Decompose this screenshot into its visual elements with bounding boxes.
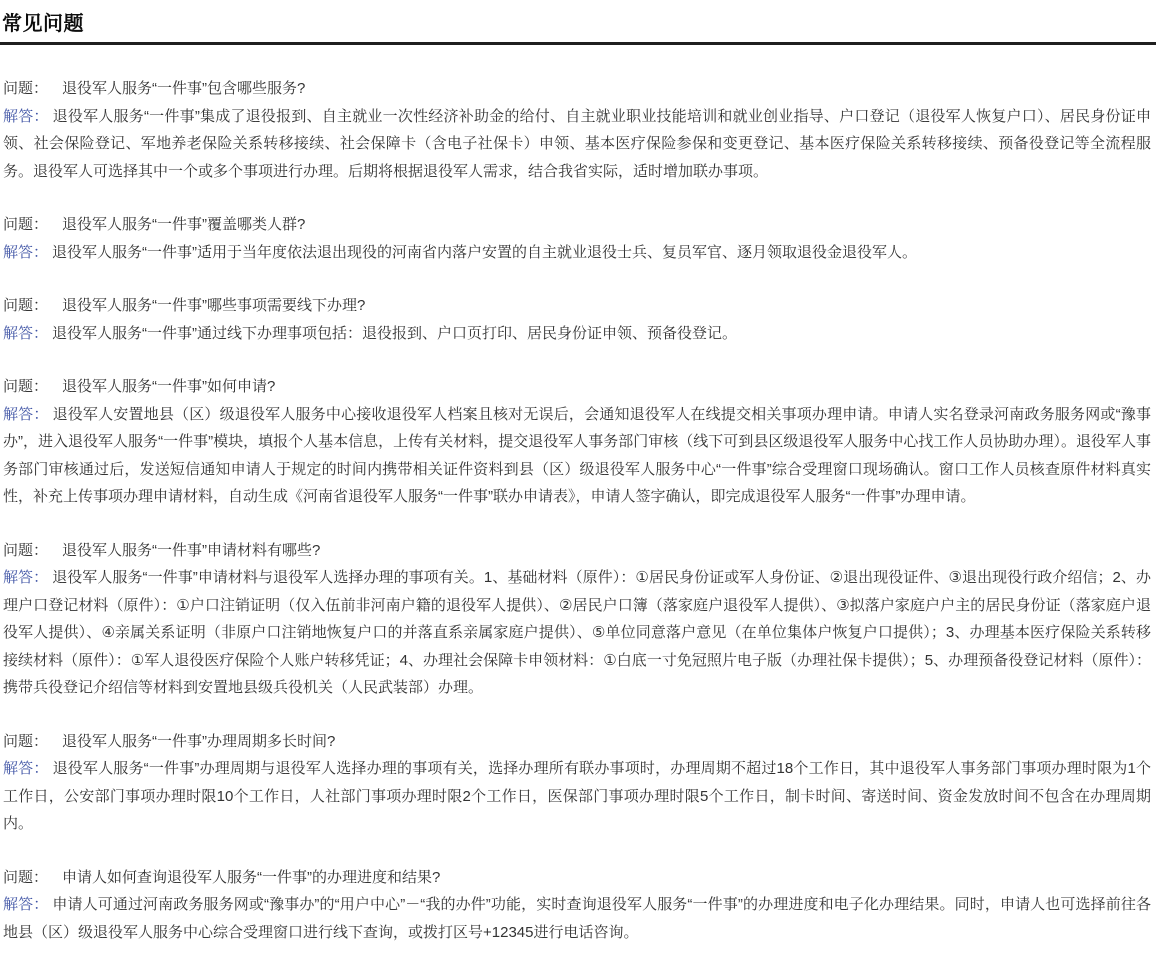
- question-label: 问题：: [3, 869, 48, 886]
- faq-question: 问题：退役军人服务“一件事”申请材料有哪些?: [3, 537, 1151, 565]
- faq-question: 问题：退役军人服务“一件事”覆盖哪类人群?: [3, 211, 1151, 239]
- faq-answer: 解答：退役军人安置地县（区）级退役军人服务中心接收退役军人档案且核对无误后，会通…: [3, 401, 1151, 511]
- answer-label: 解答：: [3, 896, 48, 913]
- question-text: 退役军人服务“一件事”哪些事项需要线下办理?: [62, 297, 365, 314]
- answer-text: 退役军人服务“一件事”适用于当年度依法退出现役的河南省内落户安置的自主就业退役士…: [52, 244, 917, 261]
- answer-text: 退役军人服务“一件事”申请材料与退役军人选择办理的事项有关。1、基础材料（原件）…: [3, 569, 1151, 696]
- faq-question: 问题：退役军人服务“一件事”办理周期多长时间?: [3, 728, 1151, 756]
- faq-question: 问题：申请人如何查询退役军人服务“一件事”的办理进度和结果?: [3, 864, 1151, 892]
- faq-answer: 解答：退役军人服务“一件事”申请材料与退役军人选择办理的事项有关。1、基础材料（…: [3, 564, 1151, 702]
- question-text: 退役军人服务“一件事”申请材料有哪些?: [62, 542, 320, 559]
- question-text: 退役军人服务“一件事”覆盖哪类人群?: [62, 216, 305, 233]
- question-label: 问题：: [3, 378, 48, 395]
- answer-label: 解答：: [3, 108, 49, 125]
- answer-label: 解答：: [3, 760, 49, 777]
- faq-page: 常见问题 问题：退役军人服务“一件事”包含哪些服务? 解答：退役军人服务“一件事…: [0, 0, 1156, 956]
- answer-label: 解答：: [3, 244, 48, 261]
- answer-text: 申请人可通过河南政务服务网或“豫事办”的“用户中心”－“我的办件”功能，实时查询…: [3, 896, 1151, 941]
- page-title: 常见问题: [2, 13, 84, 35]
- faq-list: 问题：退役军人服务“一件事”包含哪些服务? 解答：退役军人服务“一件事”集成了退…: [0, 45, 1156, 956]
- faq-item: 问题：申请人如何查询退役军人服务“一件事”的办理进度和结果? 解答：申请人可通过…: [3, 864, 1151, 947]
- answer-text: 退役军人安置地县（区）级退役军人服务中心接收退役军人档案且核对无误后，会通知退役…: [3, 406, 1151, 506]
- answer-label: 解答：: [3, 569, 48, 586]
- faq-item: 问题：退役军人服务“一件事”申请材料有哪些? 解答：退役军人服务“一件事”申请材…: [3, 537, 1151, 702]
- faq-answer: 解答：退役军人服务“一件事”通过线下办理事项包括：退役报到、户口页打印、居民身份…: [3, 320, 1151, 348]
- answer-label: 解答：: [3, 325, 48, 342]
- faq-question: 问题：退役军人服务“一件事”哪些事项需要线下办理?: [3, 292, 1151, 320]
- faq-item: 问题：退役军人服务“一件事”哪些事项需要线下办理? 解答：退役军人服务“一件事”…: [3, 292, 1151, 347]
- faq-item: 问题：退役军人服务“一件事”包含哪些服务? 解答：退役军人服务“一件事”集成了退…: [3, 75, 1151, 185]
- question-label: 问题：: [3, 542, 48, 559]
- faq-question: 问题：退役军人服务“一件事”如何申请?: [3, 373, 1151, 401]
- page-header: 常见问题: [0, 0, 1156, 45]
- faq-item: 问题：退役军人服务“一件事”覆盖哪类人群? 解答：退役军人服务“一件事”适用于当…: [3, 211, 1151, 266]
- question-label: 问题：: [3, 216, 48, 233]
- faq-answer: 解答：退役军人服务“一件事”适用于当年度依法退出现役的河南省内落户安置的自主就业…: [3, 239, 1151, 267]
- question-label: 问题：: [3, 80, 48, 97]
- answer-label: 解答：: [3, 406, 49, 423]
- faq-item: 问题：退役军人服务“一件事”办理周期多长时间? 解答：退役军人服务“一件事”办理…: [3, 728, 1151, 838]
- question-label: 问题：: [3, 733, 48, 750]
- faq-answer: 解答：申请人可通过河南政务服务网或“豫事办”的“用户中心”－“我的办件”功能，实…: [3, 891, 1151, 946]
- question-text: 退役军人服务“一件事”包含哪些服务?: [62, 80, 305, 97]
- faq-question: 问题：退役军人服务“一件事”包含哪些服务?: [3, 75, 1151, 103]
- question-text: 退役军人服务“一件事”办理周期多长时间?: [62, 733, 335, 750]
- question-text: 申请人如何查询退役军人服务“一件事”的办理进度和结果?: [62, 869, 440, 886]
- faq-item: 问题：退役军人服务“一件事”如何申请? 解答：退役军人安置地县（区）级退役军人服…: [3, 373, 1151, 511]
- question-label: 问题：: [3, 297, 48, 314]
- answer-text: 退役军人服务“一件事”办理周期与退役军人选择办理的事项有关，选择办理所有联办事项…: [3, 760, 1151, 832]
- answer-text: 退役军人服务“一件事”通过线下办理事项包括：退役报到、户口页打印、居民身份证申领…: [52, 325, 737, 342]
- question-text: 退役军人服务“一件事”如何申请?: [62, 378, 275, 395]
- faq-answer: 解答：退役军人服务“一件事”办理周期与退役军人选择办理的事项有关，选择办理所有联…: [3, 755, 1151, 838]
- answer-text: 退役军人服务“一件事”集成了退役报到、自主就业一次性经济补助金的给付、自主就业职…: [3, 108, 1151, 180]
- faq-answer: 解答：退役军人服务“一件事”集成了退役报到、自主就业一次性经济补助金的给付、自主…: [3, 103, 1151, 186]
